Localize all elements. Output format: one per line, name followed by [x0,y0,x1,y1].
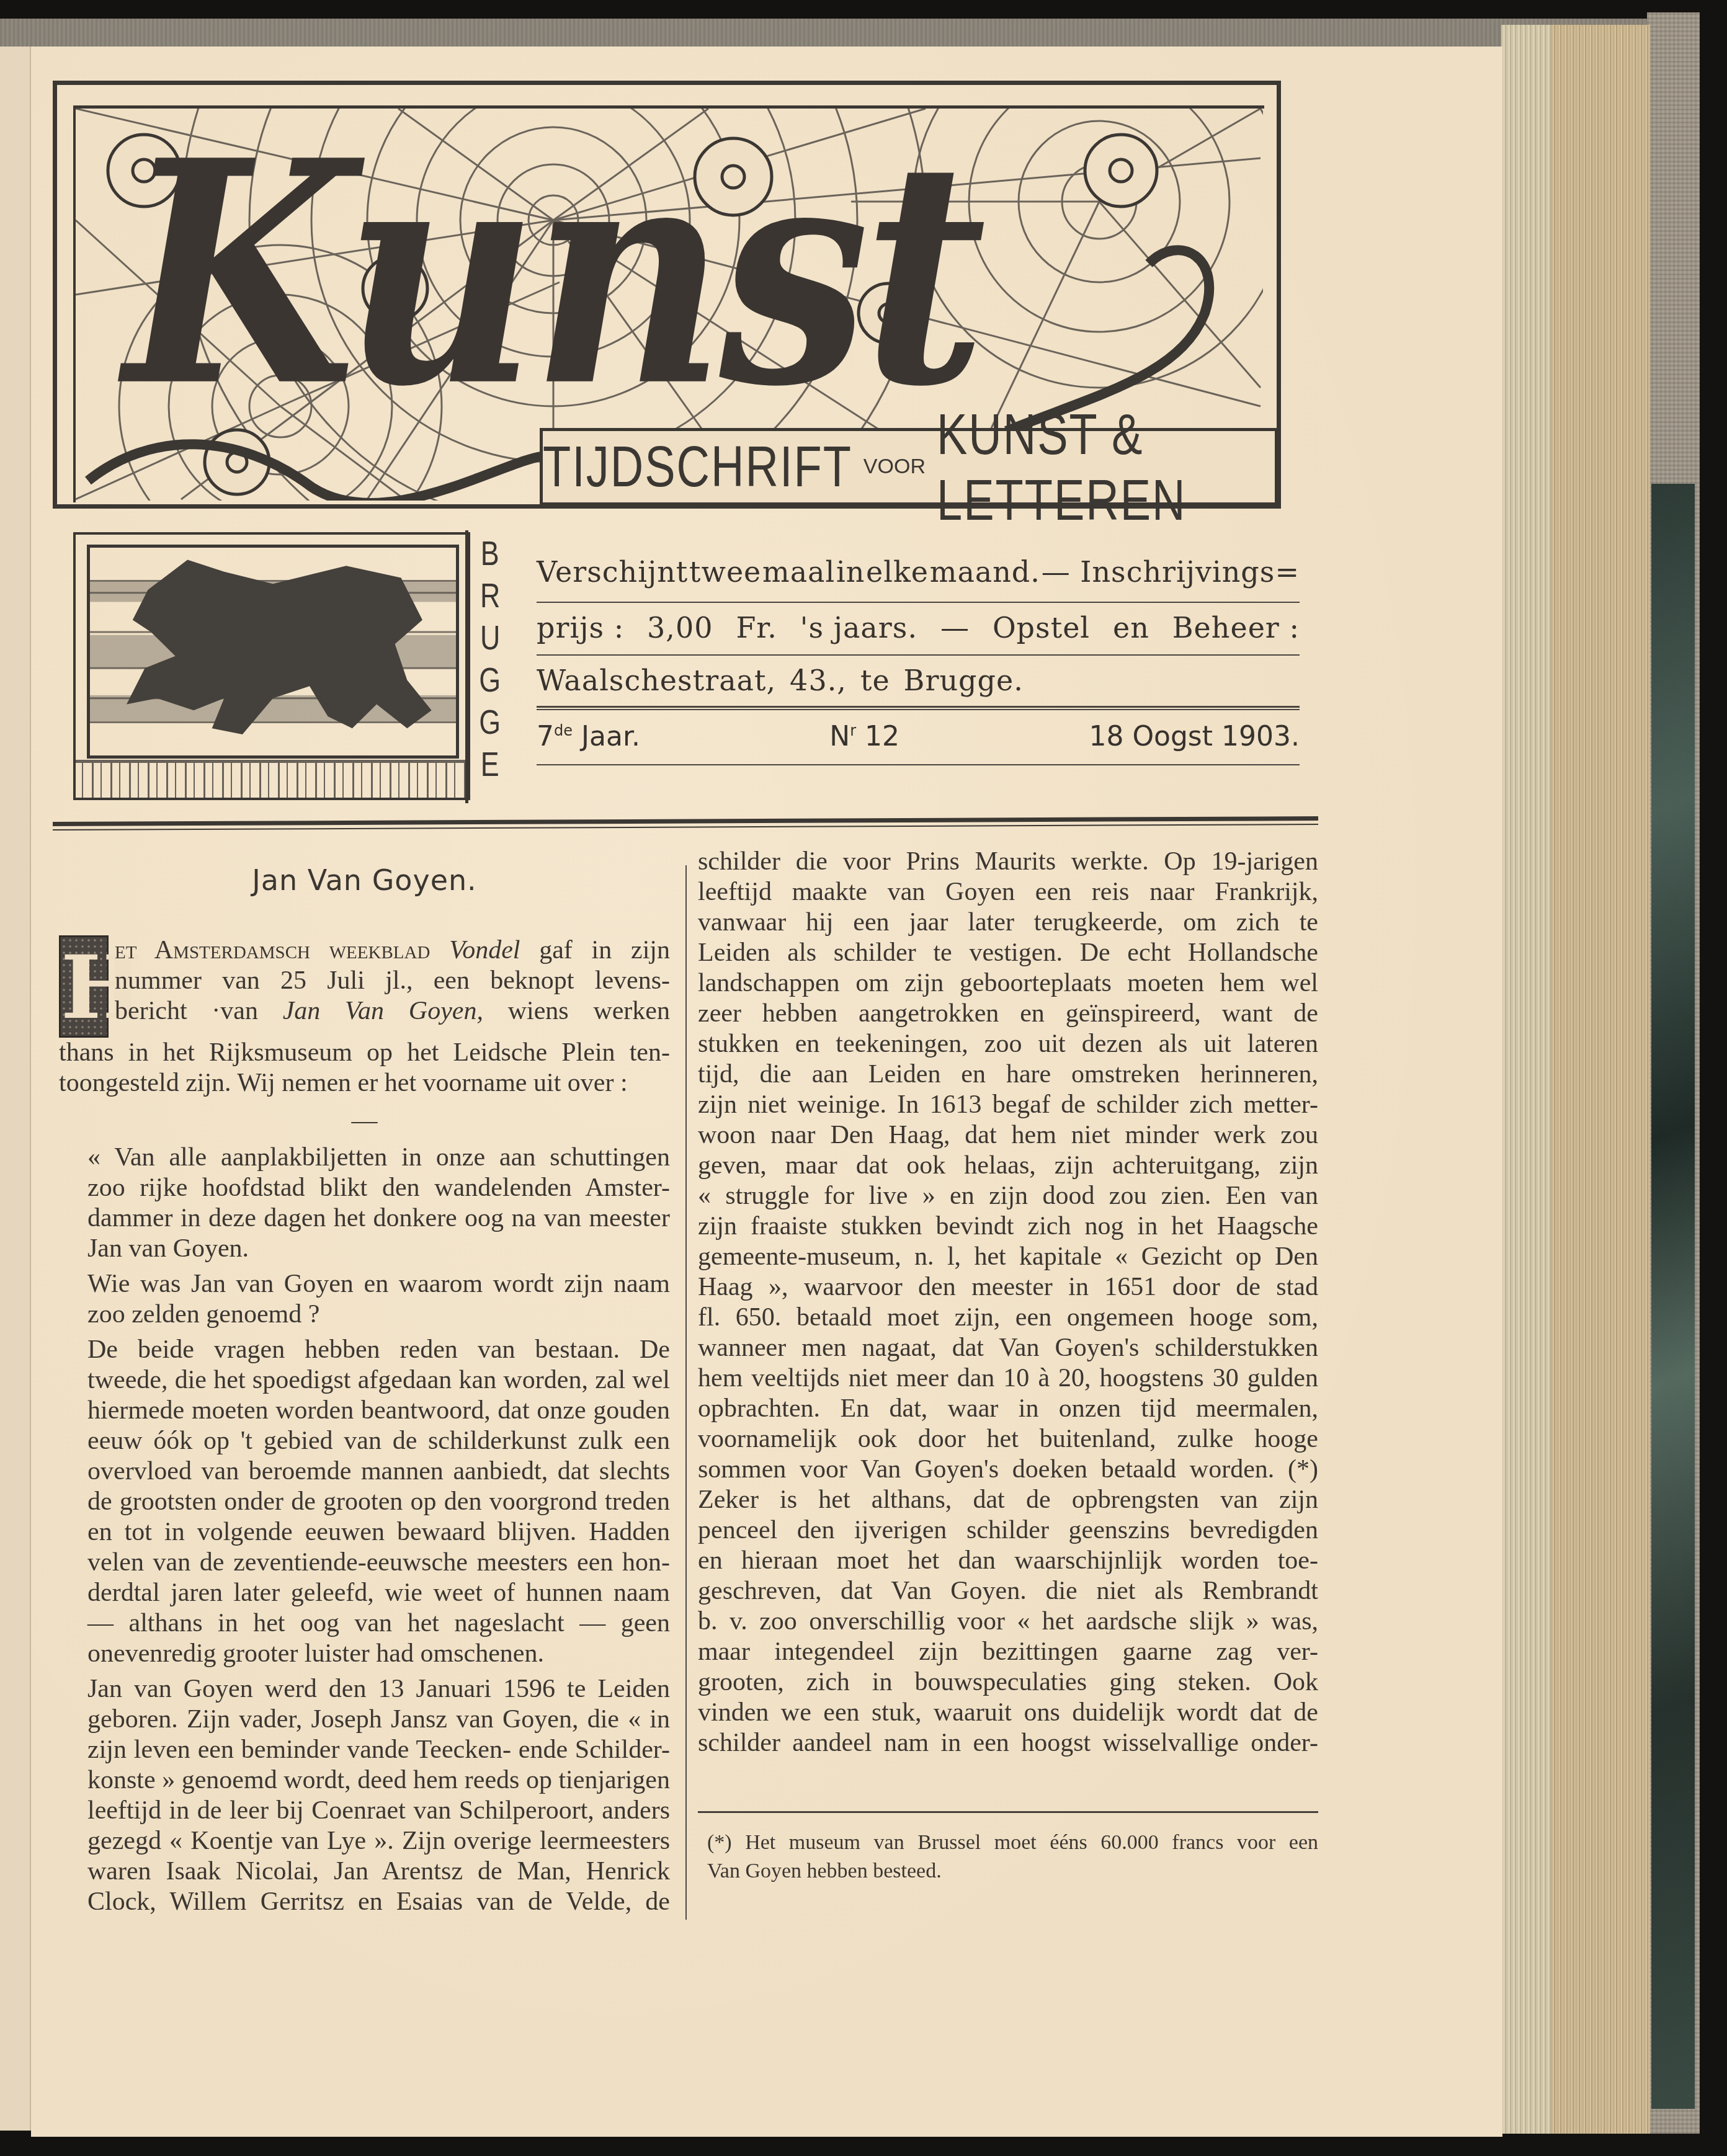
issue-number: Nr 12 [829,721,899,752]
city-vertical-label: B R U G G E [476,533,504,784]
text-line: Wie was Jan van Goyen en waarom wordt zi… [59,1269,670,1299]
text-line: wanneer men nagaat, dat Van Goyen's schi… [698,1333,1318,1363]
text-line: « Van alle aanplakbiljetten in onze aan … [59,1143,670,1173]
intro-line: et Amsterdamsch weekblad Vondel gaf in z… [115,935,670,966]
text-line: overvloed van beroemde mannen aanbiedt, … [59,1456,670,1487]
text-line: b. v. zoo onverschillig voor « het aards… [698,1606,1318,1637]
paragraph: Jan van Goyen werd den 13 Januari 1596 t… [59,1674,670,1917]
text-line: woon naar Den Haag, dat hem niet minder … [698,1120,1318,1151]
article-column-left: Jan Van Goyen. H et Amsterdamsch weekbla… [59,865,670,1922]
issue-date: 18 Oogst 1903. [1089,721,1300,752]
info-word: — [940,611,970,644]
issue-prefix-sup: r [850,722,856,739]
text-line: waren Isaak Nicolai, Jan Arentsz de Man,… [59,1856,670,1887]
footnote-reference-line: sommen voor Van Goyen's doeken betaald w… [698,1454,1318,1485]
text-line: Jan van Goyen. [59,1234,670,1264]
info-double-rule [537,706,1300,710]
text-line: voornamelijk ook door het buitenland, zu… [698,1424,1318,1454]
text-line: Leiden als schilder te vestigen. De echt… [698,938,1318,968]
info-word: Brugge. [904,664,1024,697]
volume-suffix: de [554,722,573,739]
volume-number: 7 [537,721,554,752]
info-word: in [836,555,865,589]
info-word: elke [866,555,929,589]
text-run: wiens werken [483,997,670,1025]
text-line: stukken en teekeningen, zoo uit dezen al… [698,1029,1318,1059]
intro-line: nummer van 25 Juli jl., een beknopt leve… [115,966,670,996]
book-binding-top [0,19,1700,47]
info-rule [537,602,1300,603]
volume-year: 7de Jaar. [537,721,640,752]
info-word: en [1113,611,1149,644]
painter-name: Jan Van Goyen, [283,997,483,1025]
text-line: geschreven, dat Van Goyen. die niet als … [698,1576,1318,1606]
text-line: vanwaar hij een jaar later terugkeerde, … [698,907,1318,938]
info-word: — Inschrijvings= [1042,555,1300,589]
text-line: derdtal jaren later geleefd, wie weet of… [59,1578,670,1608]
text-line: zijn fraaiste stukken bevindt zich nog i… [698,1211,1318,1242]
text-line: Clock, Willem Gerritsz en Esaias van de … [59,1887,670,1917]
text-line: hem veeltijds niet meer dan 10 à 20, hoo… [698,1363,1318,1394]
volume-label: Jaar. [581,721,640,752]
section-separator: — [59,1106,670,1136]
info-word: Waalschestraat, [537,664,776,697]
page-edges-light [1501,25,1551,2134]
lion-icon [90,548,456,755]
info-word: Beheer : [1172,611,1300,644]
text-line: toongesteld zijn. Wij nemen er het voorn… [59,1068,670,1098]
marbled-cover [1651,484,1695,2109]
info-word: Opstel [993,611,1090,644]
info-word: 's jaars. [800,611,917,644]
text-line: grooten, zich in bouwspeculaties ging st… [698,1667,1318,1698]
text-line: schilder aandeel nam in een hoogst wisse… [698,1728,1318,1758]
text-line: penceel den ijverigen schilder geenszins… [698,1515,1318,1546]
text-line: zoo zelden genoemd ? [59,1299,670,1330]
text-line: thans in het Rijksmuseum op het Leidsche… [59,1038,670,1068]
publication-frequency-line: Verschijnt twee maal in elke maand. — In… [537,555,1300,589]
intro-line: bericht ·van Jan Van Goyen, wiens werken [115,996,670,1027]
footnote-line: (*) Het museum van Brussel moet ééns 60.… [707,1829,1318,1857]
text-line: leeftijd in de leer bij Coenraet van Sch… [59,1796,670,1826]
flanders-lion-emblem [87,545,459,759]
issue-info-row: 7de Jaar. Nr 12 18 Oogst 1903. [537,721,1300,752]
text-line: eeuw óók op 't gebied van de schilderkun… [59,1426,670,1456]
issue-prefix: N [829,721,850,752]
article-title: Jan Van Goyen. [59,865,670,896]
text-line: tijd, die aan Leiden en hare omstreken h… [698,1059,1318,1090]
text-line: de grootsten onder de grooten op den voo… [59,1487,670,1517]
info-rule [537,764,1300,765]
subscription-price-line: prijs : 3,00 Fr. 's jaars. — Opstel en B… [537,611,1300,644]
text-line: velen van de zeventiende-eeuwsche meeste… [59,1548,670,1578]
lion-emblem-fringe [73,760,470,800]
city-letter: R [480,576,500,615]
text-line: Haag », waarvoor den meester in 1651 doo… [698,1272,1318,1303]
footnote: (*) Het museum van Brussel moet ééns 60.… [707,1829,1318,1886]
text-run: gaf in zijn [520,936,670,964]
text-line: dammer in deze dagen het donkere oog na … [59,1203,670,1234]
intro-continuation: thans in het Rijksmuseum op het Leidsche… [59,1038,670,1098]
address-line: Waalschestraat, 43., te Brugge. [537,664,1300,697]
text-line: opbrachten. En dat, waar in onzen tijd m… [698,1394,1318,1424]
subtitle-part-voor: VOOR [863,455,926,479]
paragraph: « Van alle aanplakbiljetten in onze aan … [59,1143,670,1264]
text-line: zijn leven een beminder vande Teecken- e… [59,1735,670,1765]
text-line: — althans in het oog van het nageslacht … [59,1608,670,1639]
text-line: leeftijd maakte van Goyen een reis naar … [698,877,1318,907]
text-line: vinden we een stuk, waaruit ons duidelij… [698,1698,1318,1728]
text-line: en hieraan moet het dan waarschijnlijk w… [698,1546,1318,1576]
text-line: geboren. Zijn vader, Joseph Jansz van Go… [59,1704,670,1735]
issue-number-value: 12 [865,721,899,752]
info-word: twee [689,555,761,589]
info-word: Fr. [736,611,777,644]
city-letter: B [481,533,499,573]
text-line: zoo rijke hoofdstad blikt den wandelende… [59,1173,670,1203]
text-line: hiermede moeten worden beantwoord, dat o… [59,1396,670,1426]
text-line: De beide vragen hebben reden van bestaan… [59,1335,670,1365]
text-line: onevenredig grooter luister had omschene… [59,1639,670,1669]
text-line: gemeente-museum, n. l, het kapitale « Ge… [698,1242,1318,1272]
text-line: en tot in volgende eeuwen bewaard blijve… [59,1517,670,1548]
subtitle-part-kunst-letteren: KUNST & LETTEREN [937,401,1275,533]
text-line: Jan van Goyen werd den 13 Januari 1596 t… [59,1674,670,1704]
article-column-right: schilder die voor Prins Maurits werkte. … [698,847,1318,1758]
footnote-rule [698,1811,1318,1813]
text-line: schilder die voor Prins Maurits werkte. … [698,847,1318,877]
info-word: Verschijnt [537,555,688,589]
intro-block: H et Amsterdamsch weekblad Vondel gaf in… [59,935,670,1038]
text-line: geven, maar dat ook helaas, zijn achteru… [698,1151,1318,1181]
publication-name: Vondel [449,936,520,964]
info-word: 43., [790,664,847,697]
info-word: prijs : [537,611,624,644]
info-word: maal [762,555,835,589]
intro-lines: et Amsterdamsch weekblad Vondel gaf in z… [115,935,670,1038]
info-word: 3,00 [647,611,713,644]
text-line: Zeker is het althans, dat de opbrengsten… [698,1485,1318,1515]
masthead-subtitle: TIJDSCHRIFT VOOR KUNST & LETTEREN [540,428,1278,506]
text-run: et Amsterdamsch weekblad [115,936,449,964]
footnote-line: Van Goyen hebben besteed. [707,1857,1318,1886]
text-line: gezegd « Koentje van Lye ». Zijn overige… [59,1826,670,1856]
text-run: bericht ·van [115,997,283,1025]
masthead-title: Kunst [124,121,980,428]
text-line: « struggle for live » en zijn dood zou z… [698,1181,1318,1211]
text-line: zeer hebben aangetrokken en geïnspireerd… [698,999,1318,1029]
info-rule [537,654,1300,656]
previous-page-edge [0,47,31,2131]
subtitle-part-tijdschrift: TIJDSCHRIFT [543,434,852,499]
rose-icon [1085,135,1157,207]
text-line: zijn niet weinige. In 1613 begaf de schi… [698,1090,1318,1120]
city-letter: G [480,702,501,742]
text-line: fl. 650. betaald moet zijn, een ongemeen… [698,1303,1318,1333]
brugge-divider [465,530,470,803]
paragraph: De beide vragen hebben reden van bestaan… [59,1335,670,1669]
info-word: te [860,664,890,697]
city-letter: G [480,660,501,700]
column-rule [685,865,687,1920]
city-letter: U [480,618,500,657]
city-letter: E [481,744,499,784]
text-line: landschappen om zijn geboorteplaats moet… [698,968,1318,999]
text-line: tweede, die het spoedigst afgedaan kan w… [59,1365,670,1396]
text-line: konste » genoemd wordt, deed hem reeds o… [59,1765,670,1796]
text-line: maar integendeel zijn bezittingen gaarne… [698,1637,1318,1667]
info-word: maand. [930,555,1040,589]
paragraph: Wie was Jan van Goyen en waarom wordt zi… [59,1269,670,1330]
ornamental-dropcap: H [59,935,109,1038]
